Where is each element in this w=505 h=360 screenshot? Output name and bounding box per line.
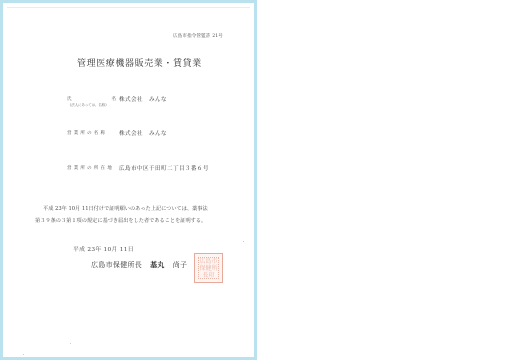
certification-line-1: 平成 23年 10月 11日付けで証明願いのあった上記については、薬事法 (35, 203, 231, 215)
certification-text: 平成 23年 10月 11日付けで証明願いのあった上記については、薬事法 第３９… (35, 203, 231, 227)
field-name-value: 株式会社 みんな (119, 95, 167, 103)
field-name-label-second: 名 (112, 97, 117, 102)
scan-speck (243, 241, 244, 242)
document-frame: 広島市指令管監許 21号 管理医療機器販売業・賃貸業 氏名 (法人にあっては、名… (0, 0, 257, 360)
signature-block: 広島市保健所長基丸尚子 (91, 260, 187, 270)
field-office-address: 営業所の所在地 広島市中区千田町二丁目３番６号 (67, 165, 114, 171)
issue-date: 平成 23年 10月 11日 (73, 244, 134, 253)
signature-office: 広島市保健所長 (91, 261, 142, 269)
document-title: 管理医療機器販売業・賃貸業 (77, 56, 202, 69)
field-office-name-value: 株式会社 みんな (119, 129, 167, 137)
field-office-address-value: 広島市中区千田町二丁目３番６号 (119, 164, 209, 172)
scan-speck (70, 343, 71, 344)
field-name-sublabel: (法人にあっては、名称) (70, 102, 107, 107)
field-office-name: 営業所の名称 株式会社 みんな (67, 130, 107, 136)
field-office-address-label: 営業所の所在地 (67, 165, 114, 171)
seal-text: 広島市保健所長印 (199, 258, 218, 278)
signature-surname: 基丸 (150, 260, 165, 269)
document-number: 広島市指令管監許 21号 (173, 33, 223, 39)
certification-line-2: 第３９条の３第１項の規定に基づき届出をした者であることを証明する。 (35, 215, 231, 227)
scan-speck (23, 354, 24, 355)
field-office-name-label: 営業所の名称 (67, 130, 107, 136)
official-seal-icon: 広島市保健所長印 (194, 253, 223, 283)
field-name: 氏名 (法人にあっては、名称) 株式会社 みんな (67, 96, 116, 102)
paper-edge (7, 7, 250, 8)
signature-given-name: 尚子 (173, 261, 188, 269)
